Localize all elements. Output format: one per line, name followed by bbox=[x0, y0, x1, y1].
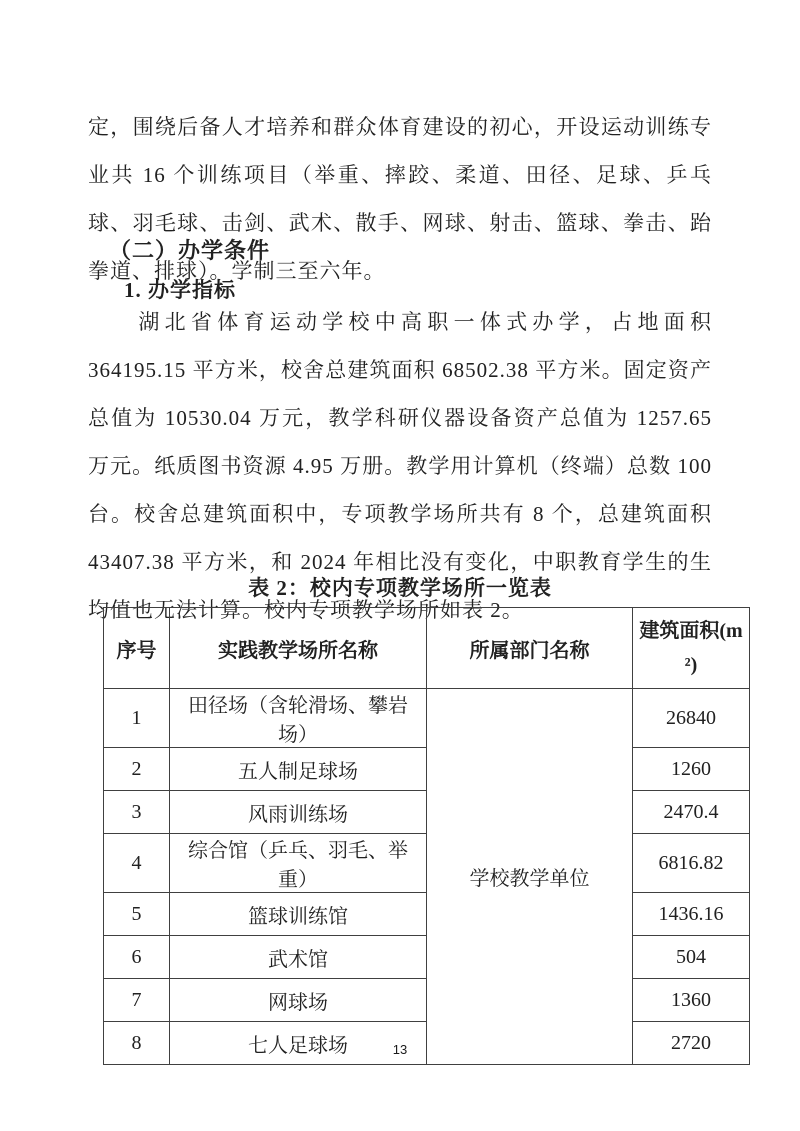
cell-area: 2470.4 bbox=[633, 791, 750, 834]
cell-name: 五人制足球场 bbox=[170, 748, 427, 791]
cell-area: 26840 bbox=[633, 689, 750, 748]
header-cell-area: 建筑面积(m ²) bbox=[633, 608, 750, 689]
cell-name: 田径场（含轮滑场、攀岩场） bbox=[170, 689, 427, 748]
heading-section-banxue-tiaojian: （二）办学条件 bbox=[88, 231, 712, 271]
cell-no: 3 bbox=[104, 791, 170, 834]
cell-name: 武术馆 bbox=[170, 936, 427, 979]
cell-area: 6816.82 bbox=[633, 834, 750, 893]
header-area-line2: ²) bbox=[637, 648, 745, 682]
cell-area: 1260 bbox=[633, 748, 750, 791]
cell-no: 2 bbox=[104, 748, 170, 791]
page-number: 13 bbox=[0, 1042, 800, 1057]
header-cell-no: 序号 bbox=[104, 608, 170, 689]
header-cell-department: 所属部门名称 bbox=[427, 608, 633, 689]
table-row: 1 田径场（含轮滑场、攀岩场） 学校教学单位 26840 bbox=[104, 689, 750, 748]
cell-department-merged: 学校教学单位 bbox=[427, 689, 633, 1065]
cell-area: 504 bbox=[633, 936, 750, 979]
cell-no: 6 bbox=[104, 936, 170, 979]
cell-no: 7 bbox=[104, 979, 170, 1022]
document-page: 定，围绕后备人才培养和群众体育建设的初心，开设运动训练专业共 16 个训练项目（… bbox=[0, 0, 800, 1131]
header-area-line1: 建筑面积(m bbox=[637, 614, 745, 648]
cell-no: 4 bbox=[104, 834, 170, 893]
facilities-table: 序号 实践教学场所名称 所属部门名称 建筑面积(m ²) 1 田径场（含轮滑场、… bbox=[103, 607, 750, 1065]
cell-name: 网球场 bbox=[170, 979, 427, 1022]
cell-name: 综合馆（乒乓、羽毛、举重） bbox=[170, 834, 427, 893]
table-header-row: 序号 实践教学场所名称 所属部门名称 建筑面积(m ²) bbox=[104, 608, 750, 689]
cell-no: 1 bbox=[104, 689, 170, 748]
header-cell-name: 实践教学场所名称 bbox=[170, 608, 427, 689]
table-caption: 表 2：校内专项教学场所一览表 bbox=[88, 574, 712, 602]
cell-name: 篮球训练馆 bbox=[170, 893, 427, 936]
cell-no: 5 bbox=[104, 893, 170, 936]
cell-area: 1360 bbox=[633, 979, 750, 1022]
cell-area: 1436.16 bbox=[633, 893, 750, 936]
cell-name: 风雨训练场 bbox=[170, 791, 427, 834]
